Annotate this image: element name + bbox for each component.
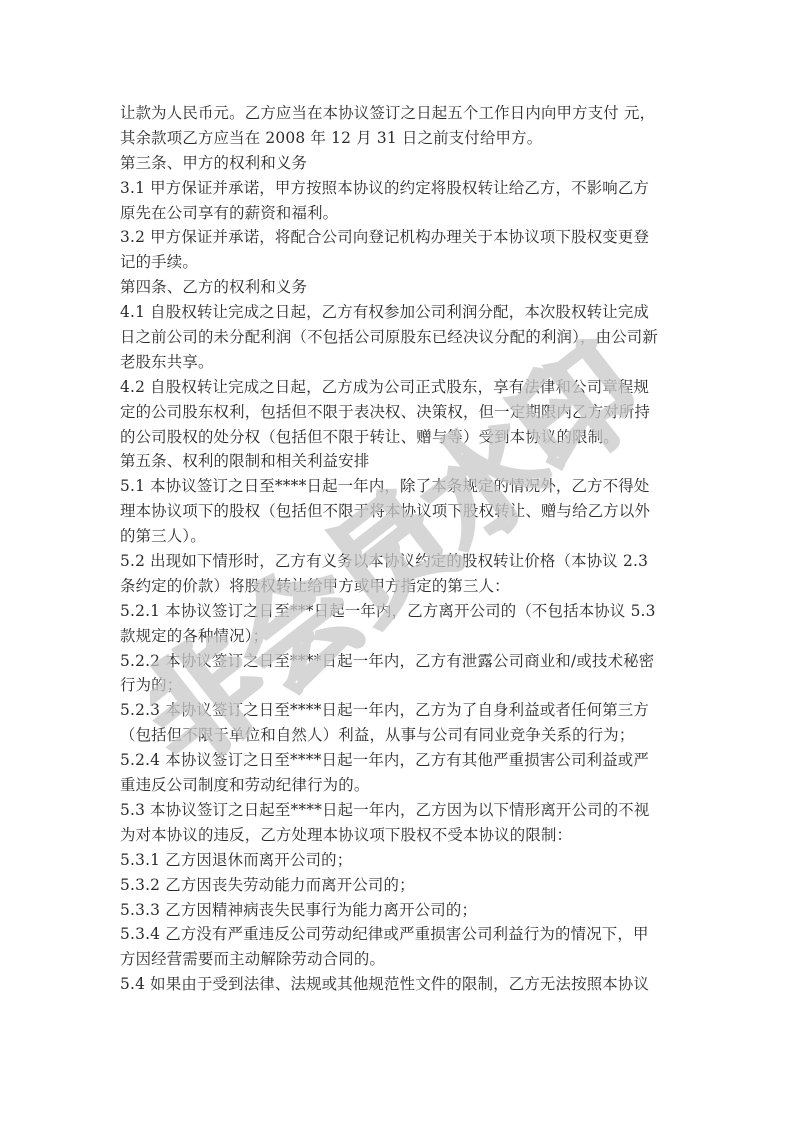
text-line: 5.3 本协议签订之日起至****日起一年内，乙方因为以下情形离开公司的不视 xyxy=(120,798,686,823)
text-line: 条约定的价款）将股权转让给甲方或甲方指定的第三人： xyxy=(120,574,686,599)
document-page: 让款为人民币元。乙方应当在本协议签订之日起五个工作日内向甲方支付 元， 其余款项… xyxy=(0,0,800,1132)
text-line: 款规定的各种情况）； xyxy=(120,624,686,649)
text-line: 记的手续。 xyxy=(120,250,686,275)
section-heading: 第三条、甲方的权利和义务 xyxy=(120,151,686,176)
text-line: 5.3.2 乙方因丧失劳动能力而离开公司的； xyxy=(120,873,686,898)
text-line: 让款为人民币元。乙方应当在本协议签订之日起五个工作日内向甲方支付 元， xyxy=(120,101,686,126)
text-line: 5.1 本协议签订之日至****日起一年内，除了本条规定的情况外，乙方不得处 xyxy=(120,474,686,499)
text-line: 理本协议项下的股权（包括但不限于将本协议项下股权转让、赠与给乙方以外 xyxy=(120,499,686,524)
text-line: 5.2.4 本协议签订之日至****日起一年内，乙方有其他严重损害公司利益或严 xyxy=(120,748,686,773)
text-line: 老股东共享。 xyxy=(120,350,686,375)
text-line: 定的公司股东权利，包括但不限于表决权、决策权，但一定期限内乙方对所持 xyxy=(120,400,686,425)
text-line: 5.2.2 本协议签订之日至****日起一年内，乙方有泄露公司商业和/或技术秘密 xyxy=(120,649,686,674)
document-body: 让款为人民币元。乙方应当在本协议签订之日起五个工作日内向甲方支付 元， 其余款项… xyxy=(120,101,686,997)
text-line: 4.1 自股权转让完成之日起，乙方有权参加公司利润分配，本次股权转让完成 xyxy=(120,300,686,325)
text-line: （包括但不限于单位和自然人）利益，从事与公司有同业竞争关系的行为； xyxy=(120,723,686,748)
text-line: 为对本协议的违反，乙方处理本协议项下股权不受本协议的限制： xyxy=(120,823,686,848)
text-line: 重违反公司制度和劳动纪律行为的。 xyxy=(120,773,686,798)
text-line: 的公司股权的处分权（包括但不限于转让、赠与等）受到本协议的限制。 xyxy=(120,425,686,450)
text-line: 5.3.1 乙方因退休而离开公司的； xyxy=(120,848,686,873)
text-line: 5.3.3 乙方因精神病丧失民事行为能力离开公司的； xyxy=(120,898,686,923)
text-line: 日之前公司的未分配利润（不包括公司原股东已经决议分配的利润），由公司新 xyxy=(120,325,686,350)
text-line: 5.2.3 本协议签订之日至****日起一年内，乙方为了自身利益或者任何第三方 xyxy=(120,698,686,723)
text-line: 原先在公司享有的薪资和福利。 xyxy=(120,201,686,226)
text-line: 5.4 如果由于受到法律、法规或其他规范性文件的限制，乙方无法按照本协议 xyxy=(120,972,686,997)
text-line: 3.1 甲方保证并承诺，甲方按照本协议的约定将股权转让给乙方，不影响乙方 xyxy=(120,176,686,201)
section-heading: 第五条、权利的限制和相关利益安排 xyxy=(120,449,686,474)
text-line: 其余款项乙方应当在 2008 年 12 月 31 日之前支付给甲方。 xyxy=(120,126,686,151)
section-heading: 第四条、乙方的权利和义务 xyxy=(120,275,686,300)
text-line: 方因经营需要而主动解除劳动合同的。 xyxy=(120,947,686,972)
text-line: 5.2 出现如下情形时，乙方有义务以本协议约定的股权转让价格（本协议 2.3 xyxy=(120,549,686,574)
text-line: 3.2 甲方保证并承诺，将配合公司向登记机构办理关于本协议项下股权变更登 xyxy=(120,225,686,250)
text-line: 的第三人）。 xyxy=(120,524,686,549)
text-line: 行为的； xyxy=(120,673,686,698)
text-line: 4.2 自股权转让完成之日起，乙方成为公司正式股东，享有法律和公司章程规 xyxy=(120,375,686,400)
text-line: 5.2.1 本协议签订之日至***日起一年内，乙方离开公司的（不包括本协议 5.… xyxy=(120,599,686,624)
text-line: 5.3.4 乙方没有严重违反公司劳动纪律或严重损害公司利益行为的情况下，甲 xyxy=(120,922,686,947)
